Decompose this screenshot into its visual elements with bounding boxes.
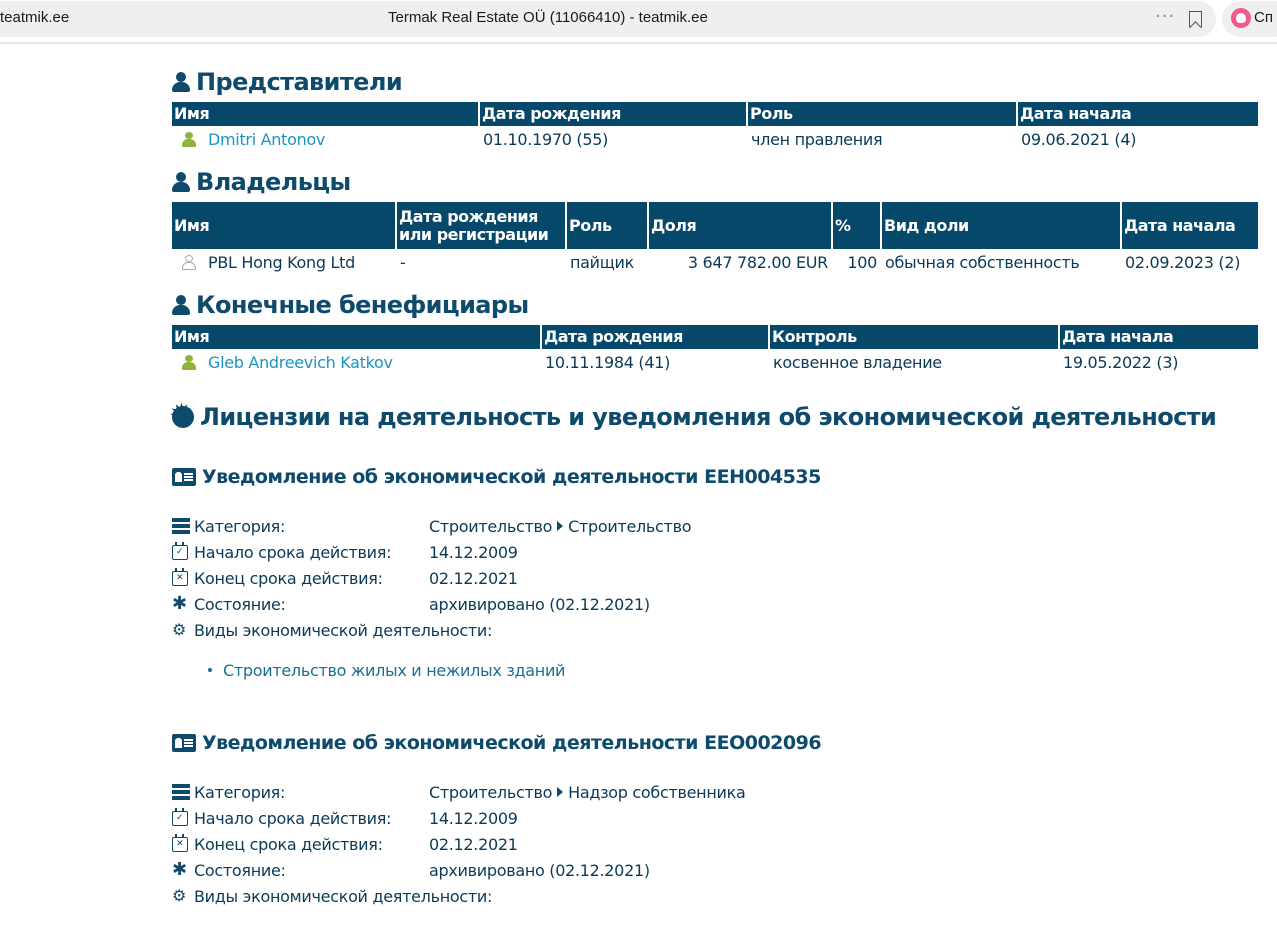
table-row: Dmitri Antonov 01.10.1970 (55) член прав… [172,126,1258,152]
column-header: Доля [649,202,831,249]
category-sub: Строительство [568,517,691,536]
person-icon [172,172,190,192]
person-icon [182,132,196,146]
valid-to-value: 02.12.2021 [429,835,518,854]
asterisk-icon: ✱ [172,862,190,878]
representatives-heading: Представители [172,62,1262,102]
status-value: архивировано (02.12.2021) [429,861,650,880]
valid-from-label: Начало срока действия: [194,543,391,562]
column-header: Дата начала [1018,102,1258,126]
status-label: Состояние: [194,861,286,880]
start-date: 02.09.2023 (2) [1122,249,1258,275]
valid-to-value: 02.12.2021 [429,569,518,588]
share-amount: 3 647 782.00 EUR [649,249,831,275]
birth-date: 01.10.1970 (55) [480,126,746,152]
notice-properties: Категория: СтроительствоСтроительство ✓Н… [172,513,1262,643]
category-row: Категория: СтроительствоНадзор собственн… [172,779,1262,805]
person-icon [182,355,196,369]
activities-row: ⚙Виды экономической деятельности: [172,883,1262,909]
caret-right-icon [557,521,563,531]
owner-name: PBL Hong Kong Ltd [208,253,355,272]
beneficiaries-title: Конечные бенефициары [196,286,529,324]
valid-from-label: Начало срока действия: [194,809,391,828]
column-header: Имя [172,202,395,249]
asterisk-icon: ✱ [172,596,190,612]
status-row: ✱Состояние: архивировано (02.12.2021) [172,857,1262,883]
category-sub: Надзор собственника [568,783,745,802]
valid-to-label: Конец срока действия: [194,569,383,588]
notice-block: Уведомление об экономической деятельност… [172,463,1262,683]
activities-row: ⚙Виды экономической деятельности: [172,617,1262,643]
valid-from-row: ✓Начало срока действия: 14.12.2009 [172,539,1262,565]
more-dots-icon[interactable]: ··· [1155,6,1175,27]
toolbar-divider [0,42,1277,44]
assistant-icon[interactable] [1231,8,1251,28]
valid-from-row: ✓Начало срока действия: 14.12.2009 [172,805,1262,831]
column-header: Дата начала [1122,202,1258,249]
beneficiaries-heading: Конечные бенефициары [172,285,1262,325]
person-icon [172,72,190,92]
certificate-badge-icon [172,406,194,428]
licenses-heading: Лицензии на деятельность и уведомления о… [172,397,1262,437]
notice-title: Уведомление об экономической деятельност… [202,732,821,754]
assistant-label[interactable]: Сп [1254,9,1273,26]
start-date: 09.06.2021 (4) [1018,126,1258,152]
person-link[interactable]: Dmitri Antonov [208,130,325,149]
birth-date: - [397,249,565,275]
calendar-x-icon: ✕ [172,837,188,852]
representatives-table: Имя Дата рождения Роль Дата начала Dmitr… [170,102,1260,152]
valid-to-row: ✕Конец срока действия: 02.12.2021 [172,831,1262,857]
licenses-title: Лицензии на деятельность и уведомления о… [200,398,1216,436]
status-label: Состояние: [194,595,286,614]
notice-title: Уведомление об экономической деятельност… [202,466,821,488]
share-percent: 100 [833,249,880,275]
owners-table: Имя Дата рождения или регистрации Роль Д… [170,202,1260,275]
activities-list: Строительство жилых и нежилых зданий [208,657,1262,683]
page-title: Termak Real Estate OÜ (11066410) - teatm… [388,9,708,26]
id-card-icon [172,468,196,486]
category-label: Категория: [194,783,285,802]
category-label: Категория: [194,517,285,536]
activity-link[interactable]: Строительство жилых и нежилых зданий [208,657,1262,683]
column-header: Роль [567,202,647,249]
start-date: 19.05.2022 (3) [1060,349,1258,375]
company-icon [182,255,196,269]
cogs-icon: ⚙ [172,622,190,638]
owners-title: Владельцы [196,163,351,201]
category-main: Строительство [429,783,552,802]
column-header: Имя [172,325,540,349]
list-icon [172,518,190,534]
column-header: Вид доли [882,202,1120,249]
id-card-icon [172,734,196,752]
control-type: косвенное владение [770,349,1058,375]
column-header: Дата рождения или регистрации [397,202,565,249]
column-header: Дата рождения [542,325,768,349]
role: пайщик [567,249,647,275]
browser-toolbar: teatmik.ee Termak Real Estate OÜ (110664… [0,0,1277,38]
valid-from-value: 14.12.2009 [429,543,518,562]
notice-block: Уведомление об экономической деятельност… [172,729,1262,909]
beneficiaries-table: Имя Дата рождения Контроль Дата начала G… [170,325,1260,375]
column-header: Имя [172,102,478,126]
owners-heading: Владельцы [172,162,1262,202]
birth-date: 10.11.1984 (41) [542,349,768,375]
valid-to-label: Конец срока действия: [194,835,383,854]
column-header: Дата рождения [480,102,746,126]
url-host[interactable]: teatmik.ee [0,9,69,26]
list-icon [172,784,190,800]
activities-label: Виды экономической деятельности: [194,621,492,640]
table-row: PBL Hong Kong Ltd - пайщик 3 647 782.00 … [172,249,1258,275]
main-content: Представители Имя Дата рождения Роль Дат… [172,62,1262,909]
notice-heading: Уведомление об экономической деятельност… [172,729,1262,757]
calendar-check-icon: ✓ [172,811,188,826]
column-header: Дата начала [1060,325,1258,349]
notice-heading: Уведомление об экономической деятельност… [172,463,1262,491]
status-row: ✱Состояние: архивировано (02.12.2021) [172,591,1262,617]
status-value: архивировано (02.12.2021) [429,595,650,614]
table-row: Gleb Andreevich Katkov 10.11.1984 (41) к… [172,349,1258,375]
caret-right-icon [557,787,563,797]
role: член правления [748,126,1016,152]
valid-to-row: ✕Конец срока действия: 02.12.2021 [172,565,1262,591]
person-link[interactable]: Gleb Andreevich Katkov [208,353,393,372]
category-row: Категория: СтроительствоСтроительство [172,513,1262,539]
column-header: Контроль [770,325,1058,349]
bookmark-icon[interactable] [1189,11,1202,27]
category-main: Строительство [429,517,552,536]
column-header: Роль [748,102,1016,126]
notice-properties: Категория: СтроительствоНадзор собственн… [172,779,1262,909]
calendar-check-icon: ✓ [172,545,188,560]
valid-from-value: 14.12.2009 [429,809,518,828]
share-type: обычная собственность [882,249,1120,275]
cogs-icon: ⚙ [172,888,190,904]
activities-label: Виды экономической деятельности: [194,887,492,906]
person-icon [172,295,190,315]
calendar-x-icon: ✕ [172,571,188,586]
column-header: % [833,202,880,249]
representatives-title: Представители [196,63,402,101]
